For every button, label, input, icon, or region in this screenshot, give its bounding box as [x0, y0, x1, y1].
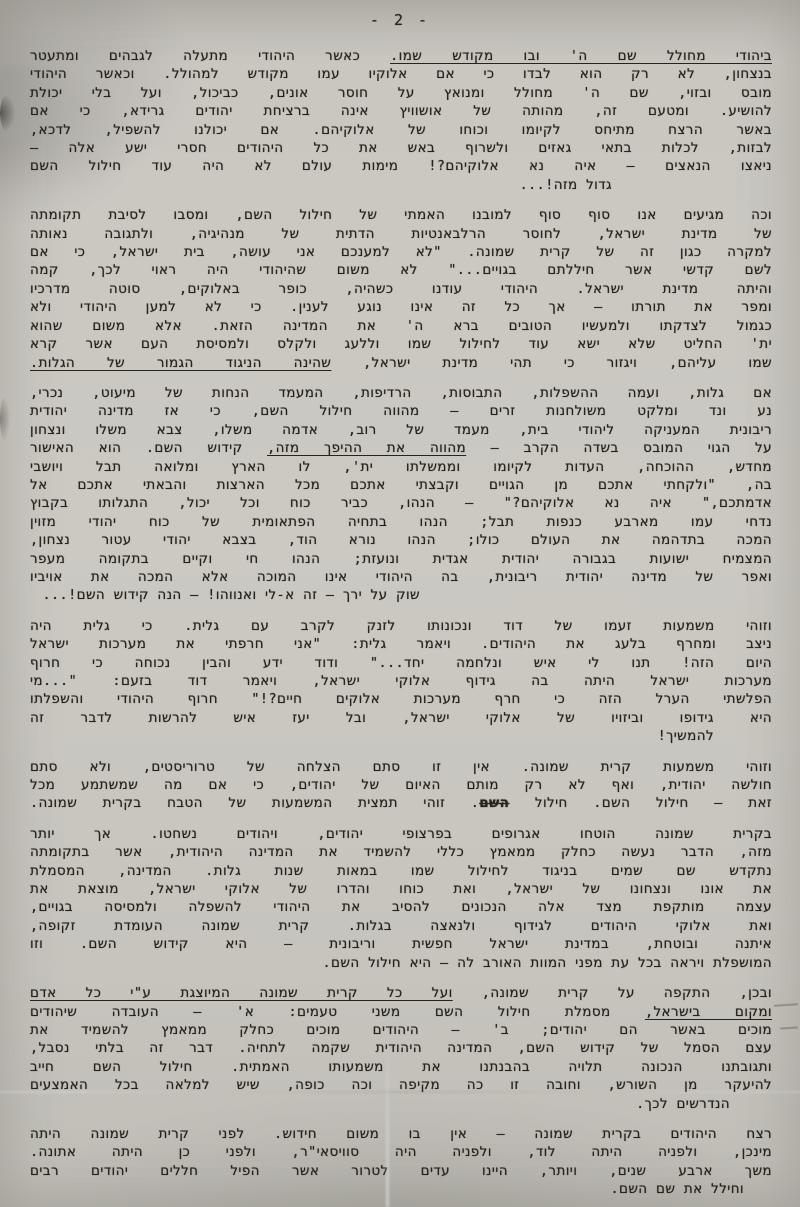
text-segment: וזוהי משמעות קרית שמונה. אין זו סתם הצלח… [30, 759, 772, 775]
text-line: רצח היהודים בקרית שמונה – אין בו משום חי… [30, 1125, 772, 1143]
text-line: המצמיח ישועות בגבורה יהודית אגדית ונועזת… [30, 550, 772, 568]
text-line: ומפר את תורתו – אך כל זה אינו נוגע לענין… [30, 298, 772, 316]
text-line: למקרה כגון זה של קרית שמונה. "לא למענכם … [30, 243, 772, 261]
text-segment: של מדינת ישראל, לחוסר הרלבאנטיות הדתית ש… [30, 226, 772, 242]
text-line: שמו עליהם, ויגזור כי תהי מדינת ישראל, שה… [30, 354, 772, 372]
text-line: היא גידופו וביזויו של אלוקי ישראל, ובל י… [30, 709, 772, 727]
text-segment: משך ארבע שנים, ויותר, היינו עדים לטרור א… [30, 1163, 772, 1179]
text-line: חולשה יהודית, ואף לא רק מותם האיום של יה… [30, 776, 772, 794]
text-segment: ואפר של מדינה יהודית ריבונית, בה היהודי … [30, 569, 772, 585]
text-segment: להושיע. ומטעם זה, מהותה של אושוויץ אינה … [30, 103, 772, 119]
margin-pencil-mark [774, 1003, 798, 1007]
underlined-text-segment: מהווה את ההיפך מזה, [267, 440, 466, 456]
text-line: בנצחון, לא רק הוא לבדו כי אם אלוקיו עמו … [30, 65, 772, 83]
paper-crease [0, 1091, 800, 1093]
paragraph: רצח היהודים בקרית שמונה – אין בו משום חי… [30, 1125, 772, 1199]
text-segment: מינכן, ולפניה היתה לוד, ולפניה היה סוויס… [30, 1144, 772, 1160]
text-segment: עצמה מותקפת מצד אלה הנכונים להסיב את היה… [30, 899, 772, 915]
text-segment: ומפר את תורתו – אך כל זה אינו נוגע לענין… [30, 299, 772, 315]
text-segment: מוכים באשר הם יהודים; ב' – היהודים מוכים… [30, 1022, 772, 1038]
text-segment: גדול מזה!... [520, 177, 612, 193]
text-segment: שוק על ירך – זה א-לי ואנווהו! – הנה קידו… [42, 587, 420, 603]
text-segment: מזה, הדבר נעשה כחלק ממאמץ כללי להשמיד את… [30, 844, 772, 860]
text-line: לבזות, לכלות בתאי גאזים ולשרוף באש את כל… [30, 139, 772, 157]
paragraph: אם גלות, ועמה ההשפלות, התבוסות, הרדיפות,… [30, 384, 772, 605]
text-segment: באשר הרצח מתיחס לקיומו וכוחו של אלוקיהם.… [30, 122, 772, 138]
text-line: זאת – חילול השם. חילול השם. זוהי תמצית ה… [30, 794, 772, 812]
text-segment: למקרה כגון זה של קרית שמונה. "לא למענכם … [30, 244, 772, 260]
text-segment: ובכן, התקפה על קרית שמונה, [453, 985, 772, 1001]
text-segment: חולשה יהודית, ואף לא רק מותם האיום של יה… [30, 777, 772, 793]
text-segment: את אונו ונצחונו של ישראל, ואת כוחו והדרו… [30, 881, 772, 897]
text-segment: אדמתכם," איה נא אלוקיהם?" – הנהו, כביר כ… [30, 495, 772, 511]
text-line: היום הזה! תנו לי איש ונלחמה יחד..." ודוד… [30, 654, 772, 672]
text-segment: לבזות, לכלות בתאי גאזים ולשרוף באש את כל… [30, 140, 772, 156]
text-line: ית' החליט שלא ישא עוד לחילול שמו וללעג ו… [30, 335, 772, 353]
text-segment: מערכות ישראל היתה בה גידוף אלוקי ישראל, … [30, 673, 772, 689]
text-line: עצם הסמל של קידוש השם, המדינה היהודית שק… [30, 1039, 772, 1057]
text-line: אדמתכם," איה נא אלוקיהם?" – הנהו, כביר כ… [30, 494, 772, 512]
text-segment: המושפלת ויראה בכל עת מפני המוות האורב לה… [322, 955, 772, 971]
text-line: ריבונית המעניקה ליהודי בית, מעמד של רוב,… [30, 421, 772, 439]
text-segment: על הגוי המובס בשדה הקרב – [466, 440, 772, 456]
margin-pencil-mark [780, 1026, 798, 1029]
text-line: הנדרשים לכך. [30, 1095, 730, 1113]
text-line: המכה בתדהמה את העולם כולו; הנהו נורא הוד… [30, 531, 772, 549]
text-segment: זאת – חילול השם. חילול [509, 795, 772, 811]
text-line: ותגובתנו הנכונה תלויה בהבנתנו את משמעותו… [30, 1058, 772, 1076]
text-segment: הפלשתי הערל הזה כי חרף מערכות אלוקים חיי… [30, 691, 772, 707]
text-line: משך ארבע שנים, ויותר, היינו עדים לטרור א… [30, 1162, 772, 1180]
text-segment: רצח היהודים בקרית שמונה – אין בו משום חי… [30, 1126, 772, 1142]
text-line: ניצב ומחרף בלעג את היהודים. ויאמר גלית: … [30, 635, 772, 653]
text-segment: המכה בתדהמה את העולם כולו; הנהו נורא הוד… [30, 532, 772, 548]
paragraph: ביהודי מחולל שם ה' ובו מקודש שמו. כאשר ה… [30, 47, 772, 194]
text-line: ניאצו הנאצים – איה נא אלוקיהם?! מימות עו… [30, 157, 772, 175]
text-line: מינכן, ולפניה היתה לוד, ולפניה היה סוויס… [30, 1143, 772, 1161]
text-segment: וכה מגיעים אנו סוף סוף למובנו האמתי של ח… [30, 207, 772, 223]
text-segment: לשם קדשי אשר חיללתם בגויים..." לא משום ש… [30, 262, 772, 278]
text-line: נתקדש שם שמים בניגוד לחילול שמו במאות שנ… [30, 862, 772, 880]
text-segment: ית' החליט שלא ישא עוד לחילול שמו וללעג ו… [30, 336, 772, 352]
text-segment: ניצב ומחרף בלעג את היהודים. ויאמר גלית: … [30, 636, 772, 652]
text-segment: ניאצו הנאצים – איה נא אלוקיהם?! מימות עו… [30, 158, 772, 174]
text-line: הפלשתי הערל הזה כי חרף מערכות אלוקים חיי… [30, 690, 772, 708]
paragraph: וכה מגיעים אנו סוף סוף למובנו האמתי של ח… [30, 206, 772, 372]
text-segment: המצמיח ישועות בגבורה יהודית אגדית ונועזת… [30, 551, 772, 567]
text-segment: מובס ובזוי, שם ה' מחולל ומנואץ על חוסר א… [30, 85, 772, 101]
text-segment: נתקדש שם שמים בניגוד לחילול שמו במאות שנ… [30, 863, 772, 879]
text-segment: נדחי עמו מארבע כנפות תבל; הנהו בתחיה הפת… [30, 514, 772, 530]
text-line: איתנה ובוטחת, במדינת ישראל חפשית וריבוני… [30, 935, 772, 953]
text-line: גדול מזה!... [30, 176, 612, 194]
text-segment: וחילל את שם השם. [610, 1181, 744, 1197]
document-body: ביהודי מחולל שם ה' ובו מקודש שמו. כאשר ה… [30, 47, 772, 1207]
text-line: אם גלות, ועמה ההשפלות, התבוסות, הרדיפות,… [30, 384, 772, 402]
text-line: מחדש, ההוכחה, העדות לקיומו וממשלתו ית', … [30, 458, 772, 476]
text-line: והיתה מדינת ישראל. היהודי עודנו כשהיה, כ… [30, 280, 772, 298]
text-segment: בה, "ולקחתי אתכם מן הגויים וקבצתי אתכם מ… [30, 477, 772, 493]
paper-crease [386, 1035, 389, 1207]
text-segment: אם גלות, ועמה ההשפלות, התבוסות, הרדיפות,… [30, 385, 772, 401]
text-line: וזוהי משמעות זעמו של דוד ונכונותו לזנק ל… [30, 617, 772, 635]
underlined-text-segment: ועל כל קרית שמונה המיוצגת ע"י כל אדם [30, 985, 453, 1001]
scan-artifact [0, 396, 10, 442]
text-segment: קידוש השם. הוא האישור [30, 440, 267, 456]
text-segment: . זוהי תמצית המשמעות של הטבח בקרית שמונה… [30, 795, 479, 811]
text-segment: מחדש, ההוכחה, העדות לקיומו וממשלתו ית', … [30, 459, 772, 475]
text-segment: היום הזה! תנו לי איש ונלחמה יחד..." ודוד… [30, 655, 772, 671]
text-line: עצמה מותקפת מצד אלה הנכונים להסיב את היה… [30, 898, 772, 916]
text-line: נדחי עמו מארבע כנפות תבל; הנהו בתחיה הפת… [30, 513, 772, 531]
text-segment: והיתה מדינת ישראל. היהודי עודנו כשהיה, כ… [30, 281, 772, 297]
text-line: ביהודי מחולל שם ה' ובו מקודש שמו. כאשר ה… [30, 47, 772, 65]
text-segment: להמשיך! [658, 728, 714, 744]
text-segment: בקרית שמונה הוטחו אגרופים בפרצופי יהודים… [30, 826, 772, 842]
text-line: ואת אלוקי היהודים לגידוף ולנאצה בגלות. ק… [30, 917, 772, 935]
text-line: מובס ובזוי, שם ה' מחולל ומנואץ על חוסר א… [30, 84, 772, 102]
text-line: המושפלת ויראה בכל עת מפני המוות האורב לה… [30, 954, 772, 972]
text-line: להמשיך! [30, 727, 714, 745]
text-segment: בנצחון, לא רק הוא לבדו כי אם אלוקיו עמו … [30, 66, 772, 82]
text-line: מערכות ישראל היתה בה גידוף אלוקי ישראל, … [30, 672, 772, 690]
text-segment: עצם הסמל של קידוש השם, המדינה היהודית שק… [30, 1040, 772, 1056]
text-segment: איתנה ובוטחת, במדינת ישראל חפשית וריבוני… [30, 936, 772, 952]
text-line: לשם קדשי אשר חיללתם בגויים..." לא משום ש… [30, 261, 772, 279]
scan-artifact [0, 94, 15, 132]
text-line: בקרית שמונה הוטחו אגרופים בפרצופי יהודים… [30, 825, 772, 843]
text-segment: וזוהי משמעות זעמו של דוד ונכונותו לזנק ל… [30, 618, 772, 634]
document-page: - 2 - ביהודי מחולל שם ה' ובו מקודש שמו. … [0, 0, 800, 1207]
text-line: את אונו ונצחונו של ישראל, ואת כוחו והדרו… [30, 880, 772, 898]
underlined-text-segment: ומקום בישראל, [645, 1004, 772, 1020]
text-line: מזה, הדבר נעשה כחלק ממאמץ כללי להשמיד את… [30, 843, 772, 861]
text-line: ובכן, התקפה על קרית שמונה, ועל כל קרית ש… [30, 984, 772, 1002]
underlined-text-segment: שהינה הניגוד הגמור של הגלות. [30, 355, 331, 371]
text-line: להושיע. ומטעם זה, מהותה של אושוויץ אינה … [30, 102, 772, 120]
text-segment: מסמלת חילול השם משני טעמים: א' – העובדה … [30, 1004, 645, 1020]
text-line: ואפר של מדינה יהודית ריבונית, בה היהודי … [30, 568, 772, 586]
text-segment: ריבונית המעניקה ליהודי בית, מעמד של רוב,… [30, 422, 772, 438]
text-segment: היא גידופו וביזויו של אלוקי ישראל, ובל י… [30, 710, 772, 726]
underlined-text-segment: ביהודי מחולל שם ה' ובו מקודש שמו. [390, 48, 772, 64]
text-line: ומקום בישראל, מסמלת חילול השם משני טעמים… [30, 1003, 772, 1021]
text-line: באשר הרצח מתיחס לקיומו וכוחו של אלוקיהם.… [30, 121, 772, 139]
text-line: נע ונד ומלקט משולחנות זרים – מהווה חילול… [30, 402, 772, 420]
text-line: שוק על ירך – זה א-לי ואנווהו! – הנה קידו… [30, 586, 420, 604]
text-segment: שמו עליהם, ויגזור כי תהי מדינת ישראל, [331, 355, 772, 371]
overtyped-text-segment: השם [479, 795, 509, 811]
text-line: כגמול לצדקתו ולמעשיו הטובים ברא ה' את המ… [30, 317, 772, 335]
text-line: של מדינת ישראל, לחוסר הרלבאנטיות הדתית ש… [30, 225, 772, 243]
text-line: על הגוי המובס בשדה הקרב – מהווה את ההיפך… [30, 439, 772, 457]
text-segment: נע ונד ומלקט משולחנות זרים – מהווה חילול… [30, 403, 772, 419]
text-line: וכה מגיעים אנו סוף סוף למובנו האמתי של ח… [30, 206, 772, 224]
paragraph: וזוהי משמעות קרית שמונה. אין זו סתם הצלח… [30, 758, 772, 813]
page-number: - 2 - [0, 11, 800, 29]
text-segment: ותגובתנו הנכונה תלויה בהבנתנו את משמעותו… [30, 1059, 772, 1075]
text-line: בה, "ולקחתי אתכם מן הגויים וקבצתי אתכם מ… [30, 476, 772, 494]
text-segment: ואת אלוקי היהודים לגידוף ולנאצה בגלות. ק… [30, 918, 772, 934]
paragraph: ובכן, התקפה על קרית שמונה, ועל כל קרית ש… [30, 984, 772, 1113]
text-line: וזוהי משמעות קרית שמונה. אין זו סתם הצלח… [30, 758, 772, 776]
text-line: מוכים באשר הם יהודים; ב' – היהודים מוכים… [30, 1021, 772, 1039]
paragraph: וזוהי משמעות זעמו של דוד ונכונותו לזנק ל… [30, 617, 772, 746]
text-segment: כאשר היהודי מתעלה לגבהים ומתעטר [30, 48, 390, 64]
text-segment: כגמול לצדקתו ולמעשיו הטובים ברא ה' את המ… [30, 318, 772, 334]
paragraph: בקרית שמונה הוטחו אגרופים בפרצופי יהודים… [30, 825, 772, 972]
text-segment: הנדרשים לכך. [636, 1096, 730, 1112]
